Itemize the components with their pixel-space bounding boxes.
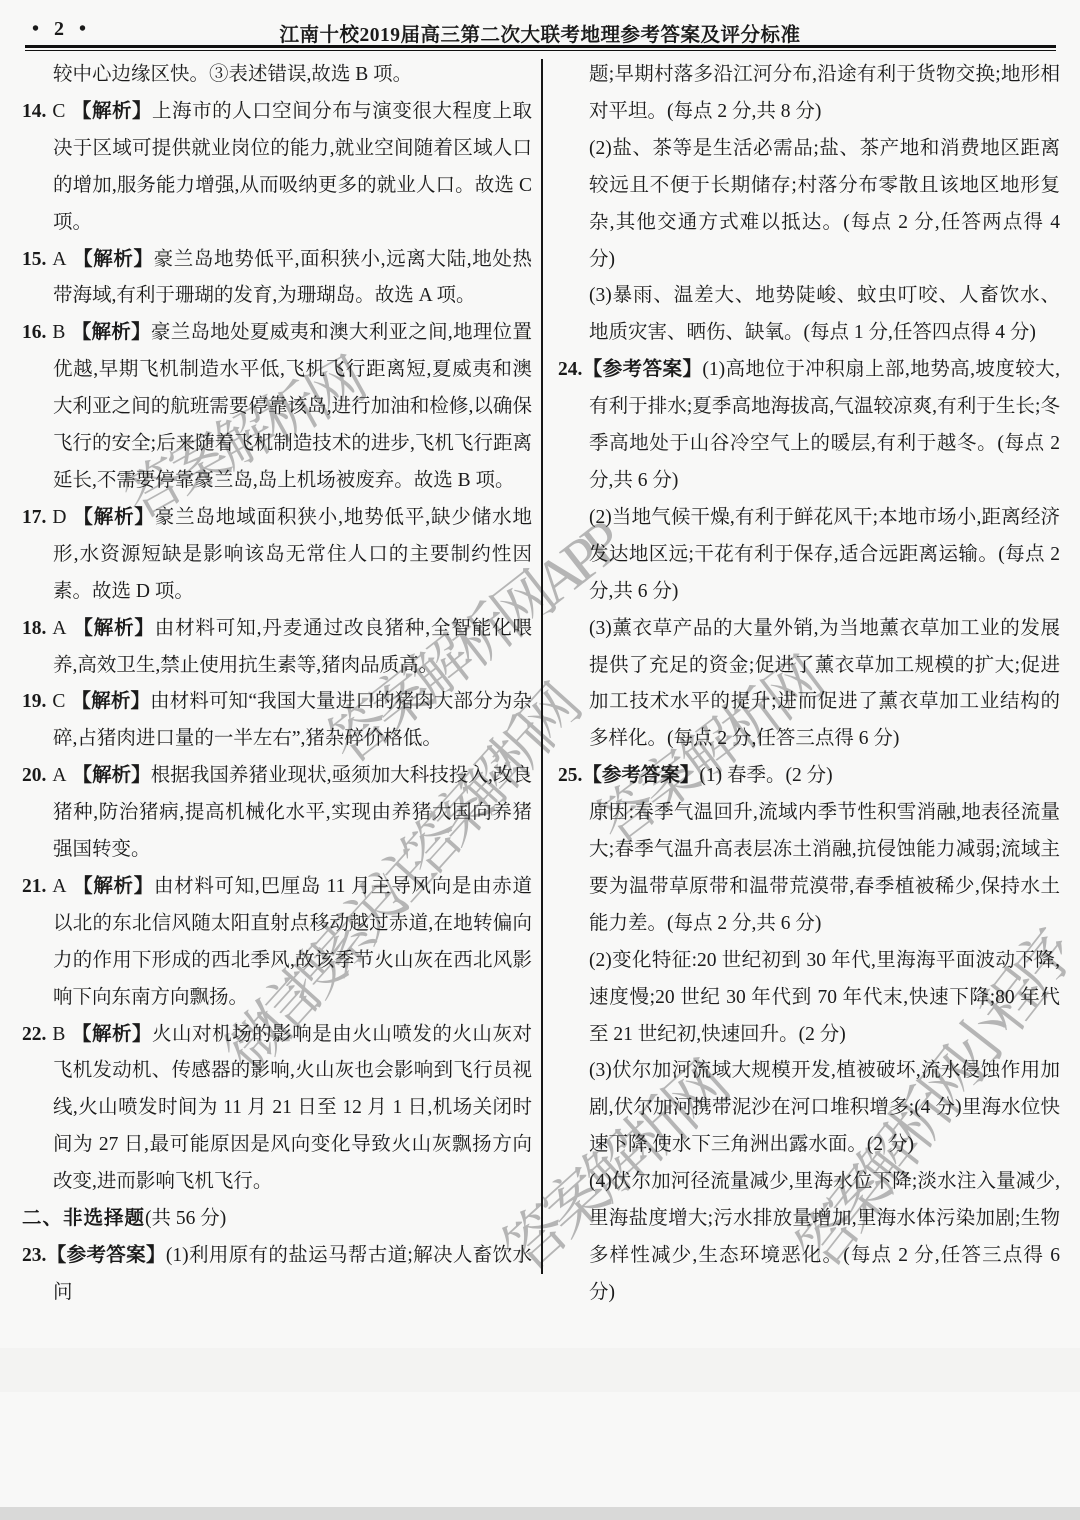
item-number: 16.	[22, 322, 46, 343]
sub-answer-text: (2)盐、茶等是生活必需品;盐、茶产地和消费地区距离较远且不便于长期储存;村落分…	[589, 138, 1060, 270]
sub-answer-paragraph: (2)当地气候干燥,有利于鲜花风干;本地市场小,距离经济发达地区远;干花有利于保…	[558, 500, 1060, 611]
answer-item: 20.A【解析】根据我国养猪业现状,亟须加大科技投入,改良猪种,防治猪病,提高机…	[22, 758, 532, 869]
reference-answer-label: 【参考答案】	[582, 359, 702, 380]
sub-answer-paragraph: (3)薰衣草产品的大量外销,为当地薰衣草加工业的发展提供了充足的资金;促进了薰衣…	[558, 611, 1060, 759]
sub-answer-paragraph: 原因:春季气温回升,流域内季节性积雪消融,地表径流量大;春季气温升高表层冻土消融…	[558, 795, 1060, 943]
sub-answer-paragraph: (2)变化特征:20 世纪初到 30 年代,里海海平面波动下降,速度慢;20 世…	[558, 943, 1060, 1054]
analysis-label: 【解析】	[72, 876, 153, 897]
item-number: 22.	[22, 1024, 46, 1045]
analysis-label: 【解析】	[71, 691, 150, 712]
sub-answer-text: 原因:春季气温回升,流域内季节性积雪消融,地表径流量大;春季气温升高表层冻土消融…	[589, 802, 1060, 934]
analysis-label: 【解析】	[71, 322, 151, 343]
answer-letter: C	[52, 101, 65, 122]
continued-paragraph: 题;早期村落多沿江河分布,沿途有利于货物交换;地形相对平坦。(每点 2 分,共 …	[558, 57, 1060, 131]
answer-item: 14.C【解析】上海市的人口空间分布与演变很大程度上取决于区域可提供就业岗位的能…	[22, 94, 532, 242]
answer-letter: A	[52, 765, 66, 786]
continued-text: 较中心边缘区快。③表述错误,故选 B 项。	[53, 64, 412, 85]
sub-answer-text: (3)薰衣草产品的大量外销,为当地薰衣草加工业的发展提供了充足的资金;促进了薰衣…	[589, 618, 1060, 750]
answer-letter: C	[52, 691, 65, 712]
answer-text: 豪兰岛地处夏威夷和澳大利亚之间,地理位置优越,早期飞机制造水平低,飞机飞行距离短…	[53, 322, 532, 491]
answer-item: 17.D【解析】豪兰岛地域面积狭小,地势低平,缺少储水地形,水资源短缺是影响该岛…	[22, 500, 532, 611]
answer-item: 24.【参考答案】(1)高地位于冲积扇上部,地势高,坡度较大,有利于排水;夏季高…	[558, 352, 1060, 500]
section-heading: 二、非选择题(共 56 分)	[22, 1201, 532, 1238]
answer-letter: A	[52, 876, 66, 897]
answer-letter: D	[52, 507, 66, 528]
item-number: 24.	[558, 359, 582, 380]
answer-letter: B	[52, 1024, 65, 1045]
item-number: 25.	[558, 765, 582, 786]
reference-answer-label: 【参考答案】	[46, 1245, 166, 1266]
sub-answer-paragraph: (3)暴雨、温差大、地势陡峻、蚊虫叮咬、人畜饮水、地质灾害、晒伤、缺氧。(每点 …	[558, 278, 1060, 352]
sub-answer-paragraph: (2)盐、茶等是生活必需品;盐、茶产地和消费地区距离较远且不便于长期储存;村落分…	[558, 131, 1060, 279]
continued-paragraph: 较中心边缘区快。③表述错误,故选 B 项。	[22, 57, 532, 94]
item-number: 18.	[22, 618, 46, 639]
answer-letter: B	[52, 322, 65, 343]
answer-item: 18.A【解析】由材料可知,丹麦通过改良猪种,全智能化喂养,高效卫生,禁止使用抗…	[22, 611, 532, 685]
analysis-label: 【解析】	[72, 507, 154, 528]
analysis-label: 【解析】	[72, 765, 150, 786]
column-divider	[541, 59, 543, 1274]
scan-edge-band	[0, 1507, 1080, 1520]
answer-item: 22.B【解析】火山对机场的影响是由火山喷发的火山灰对飞机发动机、传感器的影响,…	[22, 1017, 532, 1202]
answer-item: 21.A【解析】由材料可知,巴厘岛 11 月主导风向是由赤道以北的东北信风随太阳…	[22, 869, 532, 1017]
answer-item: 16.B【解析】豪兰岛地处夏威夷和澳大利亚之间,地理位置优越,早期飞机制造水平低…	[22, 315, 532, 500]
continued-text: 题;早期村落多沿江河分布,沿途有利于货物交换;地形相对平坦。(每点 2 分,共 …	[589, 64, 1060, 122]
item-number: 19.	[22, 691, 46, 712]
sub-answer-text: (4)伏尔加河径流量减少,里海水位下降;淡水注入量减少,里海盐度增大;污水排放量…	[589, 1171, 1060, 1303]
item-number: 20.	[22, 765, 46, 786]
item-number: 15.	[22, 249, 46, 270]
answer-letter: A	[52, 618, 66, 639]
answer-text: (1) 春季。(2 分)	[699, 765, 832, 786]
analysis-label: 【解析】	[72, 618, 154, 639]
analysis-label: 【解析】	[72, 249, 153, 270]
sub-answer-paragraph: (3)伏尔加河流域大规模开发,植被破坏,流水侵蚀作用加剧,伏尔加河携带泥沙在河口…	[558, 1053, 1060, 1164]
item-number: 21.	[22, 876, 46, 897]
right-column: 题;早期村落多沿江河分布,沿途有利于货物交换;地形相对平坦。(每点 2 分,共 …	[558, 57, 1060, 1312]
answer-text: 火山对机场的影响是由火山喷发的火山灰对飞机发动机、传感器的影响,火山灰也会影响到…	[53, 1024, 532, 1193]
sub-answer-text: (2)变化特征:20 世纪初到 30 年代,里海海平面波动下降,速度慢;20 世…	[589, 950, 1060, 1045]
analysis-label: 【解析】	[71, 1024, 152, 1045]
section-score: (共 56 分)	[145, 1208, 226, 1229]
item-number: 14.	[22, 101, 46, 122]
section-title: 二、非选择题	[22, 1208, 145, 1229]
answer-letter: A	[52, 249, 66, 270]
answer-item: 23.【参考答案】(1)利用原有的盐运马帮古道;解决人畜饮水问	[22, 1238, 532, 1312]
sub-answer-text: (2)当地气候干燥,有利于鲜花风干;本地市场小,距离经济发达地区远;干花有利于保…	[589, 507, 1060, 602]
answer-item: 25.【参考答案】(1) 春季。(2 分)	[558, 758, 1060, 795]
sub-answer-paragraph: (4)伏尔加河径流量减少,里海水位下降;淡水注入量减少,里海盐度增大;污水排放量…	[558, 1164, 1060, 1312]
answer-item: 15.A【解析】豪兰岛地势低平,面积狭小,远离大陆,地处热带海域,有利于珊瑚的发…	[22, 242, 532, 316]
reference-answer-label: 【参考答案】	[582, 765, 699, 786]
left-column: 较中心边缘区快。③表述错误,故选 B 项。14.C【解析】上海市的人口空间分布与…	[22, 57, 532, 1312]
answer-item: 19.C【解析】由材料可知“我国大量进口的猪肉大部分为杂碎,占猪肉进口量的一半左…	[22, 684, 532, 758]
item-number: 17.	[22, 507, 46, 528]
item-number: 23.	[22, 1245, 46, 1266]
sub-answer-text: (3)伏尔加河流域大规模开发,植被破坏,流水侵蚀作用加剧,伏尔加河携带泥沙在河口…	[589, 1060, 1060, 1155]
sub-answer-text: (3)暴雨、温差大、地势陡峻、蚊虫叮咬、人畜饮水、地质灾害、晒伤、缺氧。(每点 …	[589, 285, 1060, 343]
analysis-label: 【解析】	[71, 101, 152, 122]
